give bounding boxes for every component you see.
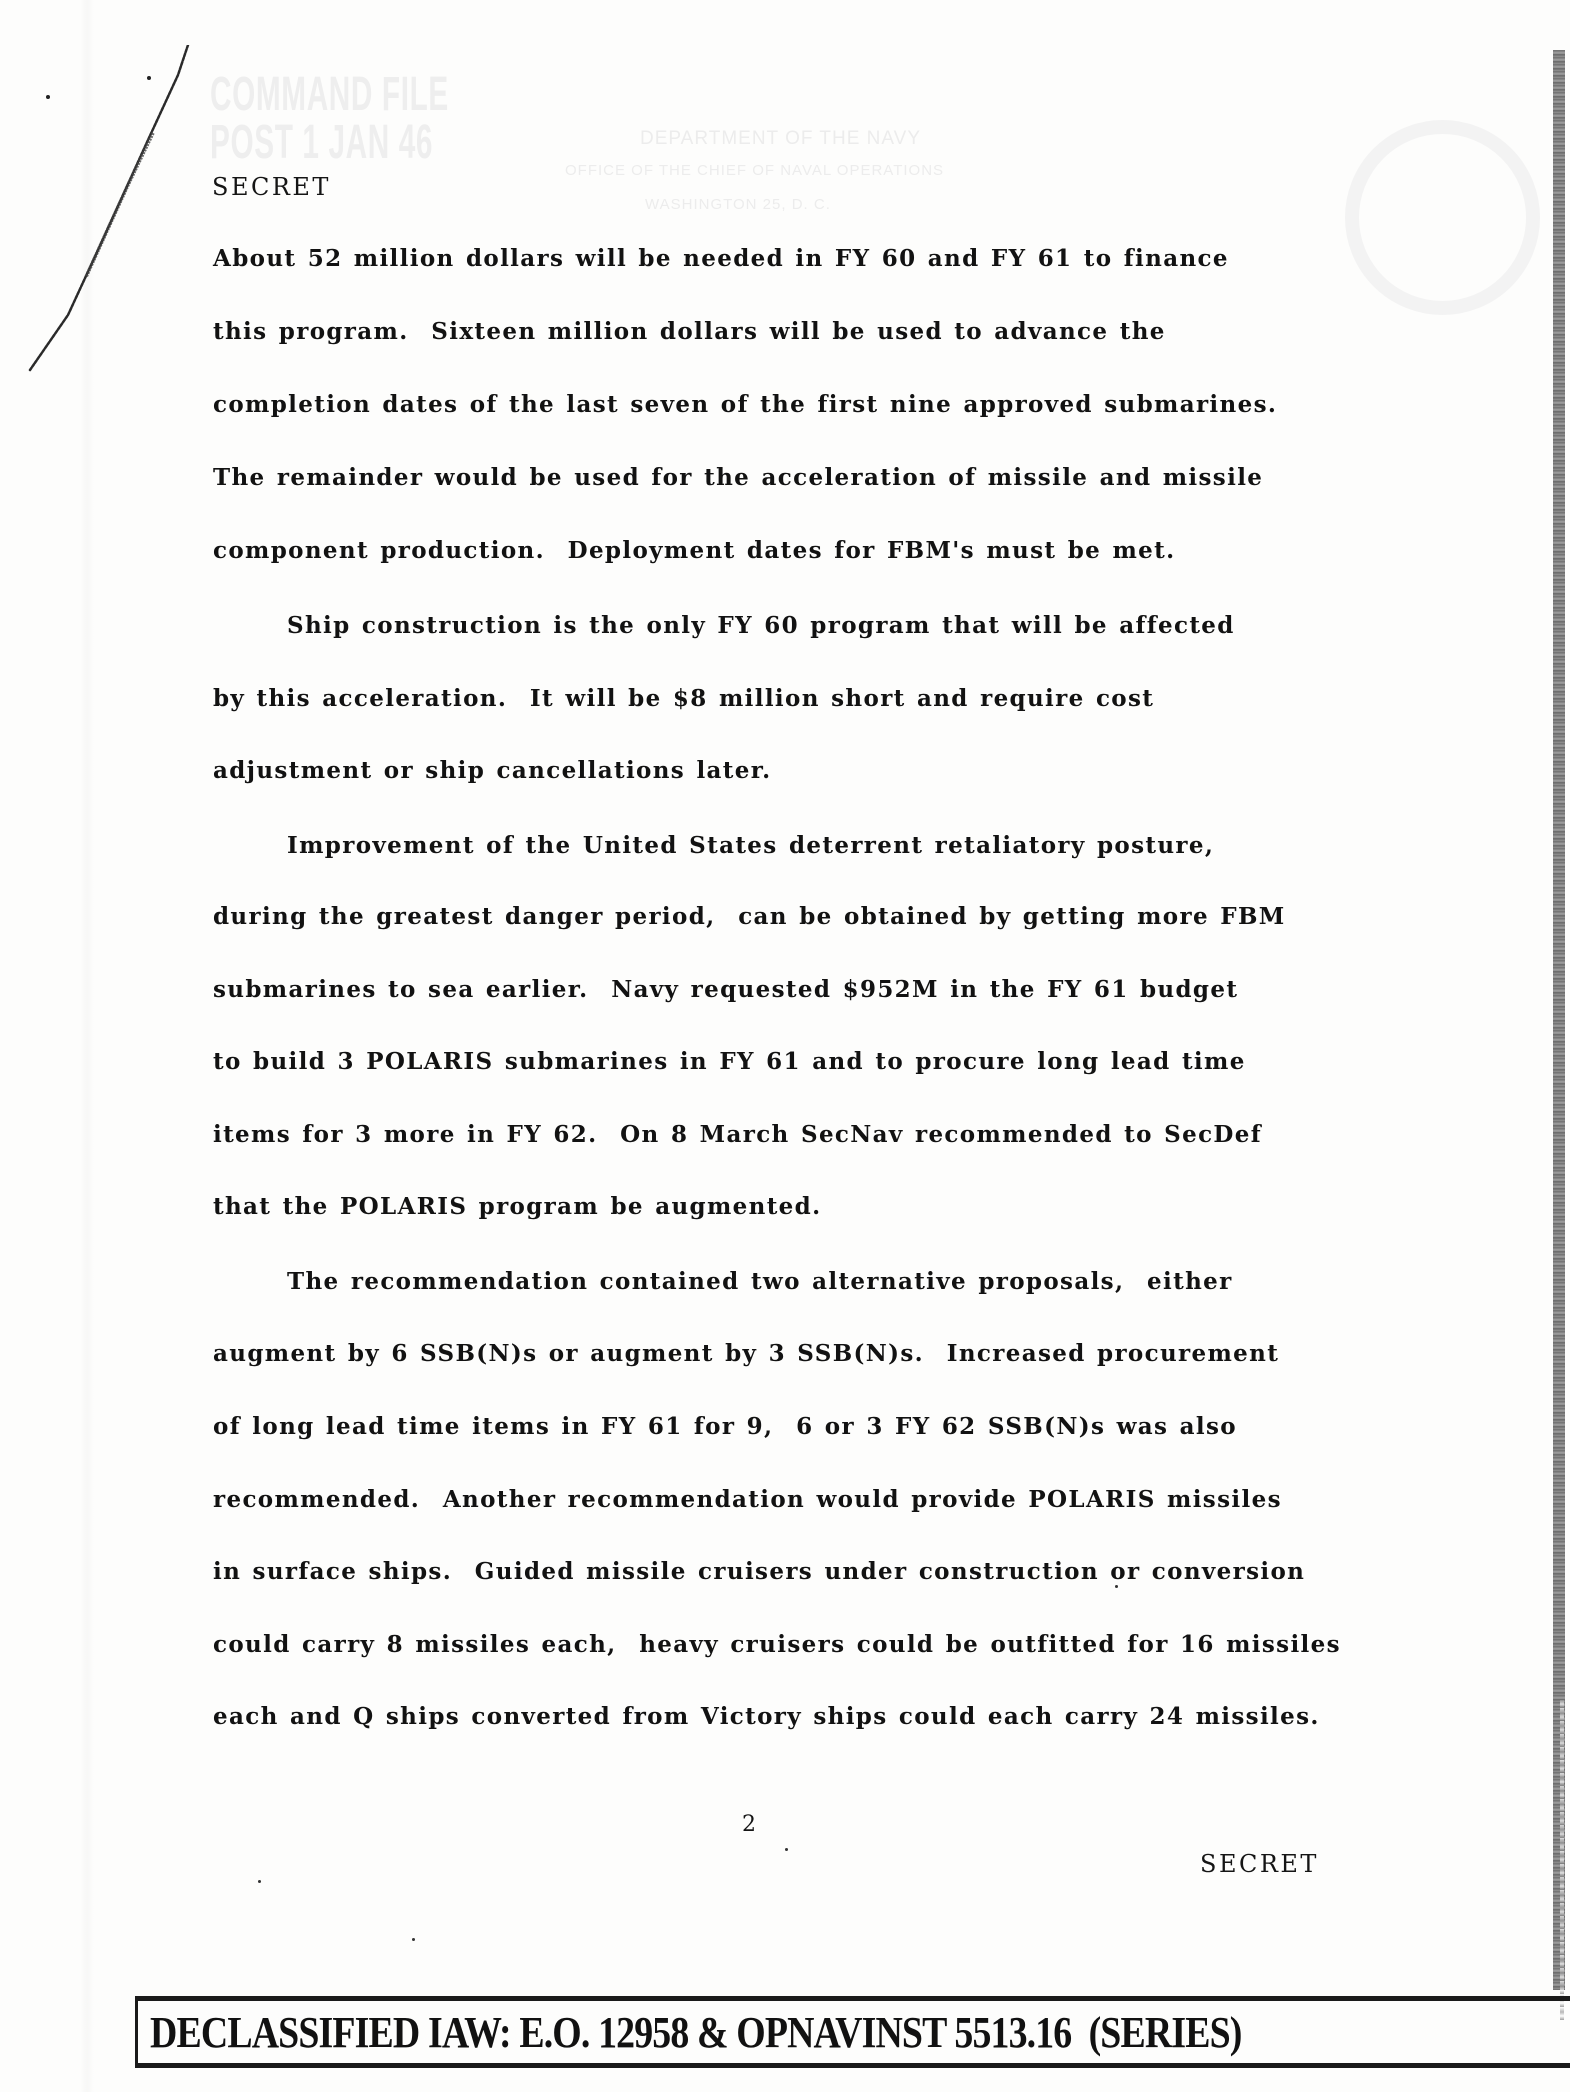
scan-speck (258, 1880, 261, 1883)
scan-edge (1553, 50, 1565, 1990)
body-line: recommended. Another recommendation woul… (213, 1486, 1282, 1513)
body-line: submarines to sea earlier. Navy requeste… (213, 976, 1238, 1003)
scan-speck (785, 1848, 788, 1851)
ghost-stamp-line-2: POST 1 JAN 46 (210, 118, 433, 168)
body-line: The recommendation contained two alterna… (287, 1268, 1233, 1295)
classification-marking-bottom: SECRET (1200, 1850, 1319, 1878)
scan-speck (412, 1938, 415, 1941)
body-line: each and Q ships converted from Victory … (213, 1703, 1320, 1730)
body-line: items for 3 more in FY 62. On 8 March Se… (213, 1121, 1262, 1148)
pen-stroke-mark (28, 45, 228, 375)
body-line: during the greatest danger period, can b… (213, 903, 1286, 930)
body-line: About 52 million dollars will be needed … (213, 245, 1229, 272)
body-line: could carry 8 missiles each, heavy cruis… (213, 1631, 1341, 1658)
page-number: 2 (742, 1812, 756, 1837)
classification-marking-top: SECRET (212, 173, 331, 201)
declassification-stamp: DECLASSIFIED IAW: E.O. 12958 & OPNAVINST… (150, 2008, 1242, 2058)
body-line: this program. Sixteen million dollars wi… (213, 318, 1166, 345)
ghost-letterhead-2: OFFICE OF THE CHIEF OF NAVAL OPERATIONS (565, 162, 944, 179)
scan-edge-lower (1560, 1700, 1564, 2020)
ghost-stamp-line-1: COMMAND FILE (210, 70, 449, 120)
body-line: component production. Deployment dates f… (213, 537, 1175, 564)
ghost-letterhead-1: DEPARTMENT OF THE NAVY (640, 128, 921, 150)
body-line: augment by 6 SSB(N)s or augment by 3 SSB… (213, 1340, 1279, 1367)
body-line: to build 3 POLARIS submarines in FY 61 a… (213, 1048, 1246, 1075)
body-line: of long lead time items in FY 61 for 9, … (213, 1413, 1237, 1440)
body-line: adjustment or ship cancellations later. (213, 757, 771, 784)
body-line: Ship construction is the only FY 60 prog… (287, 612, 1235, 639)
body-line: in surface ships. Guided missile cruiser… (213, 1558, 1305, 1585)
scan-speck (1115, 1585, 1118, 1588)
ghost-seal (1345, 120, 1540, 315)
body-line: by this acceleration. It will be $8 mill… (213, 685, 1154, 712)
body-line: Improvement of the United States deterre… (287, 832, 1214, 859)
body-line: The remainder would be used for the acce… (213, 464, 1263, 491)
document-page: COMMAND FILE POST 1 JAN 46 DEPARTMENT OF… (0, 0, 1570, 2092)
body-line: that the POLARIS program be augmented. (213, 1193, 821, 1220)
body-line: completion dates of the last seven of th… (213, 391, 1277, 418)
ghost-letterhead-3: WASHINGTON 25, D. C. (645, 196, 831, 213)
